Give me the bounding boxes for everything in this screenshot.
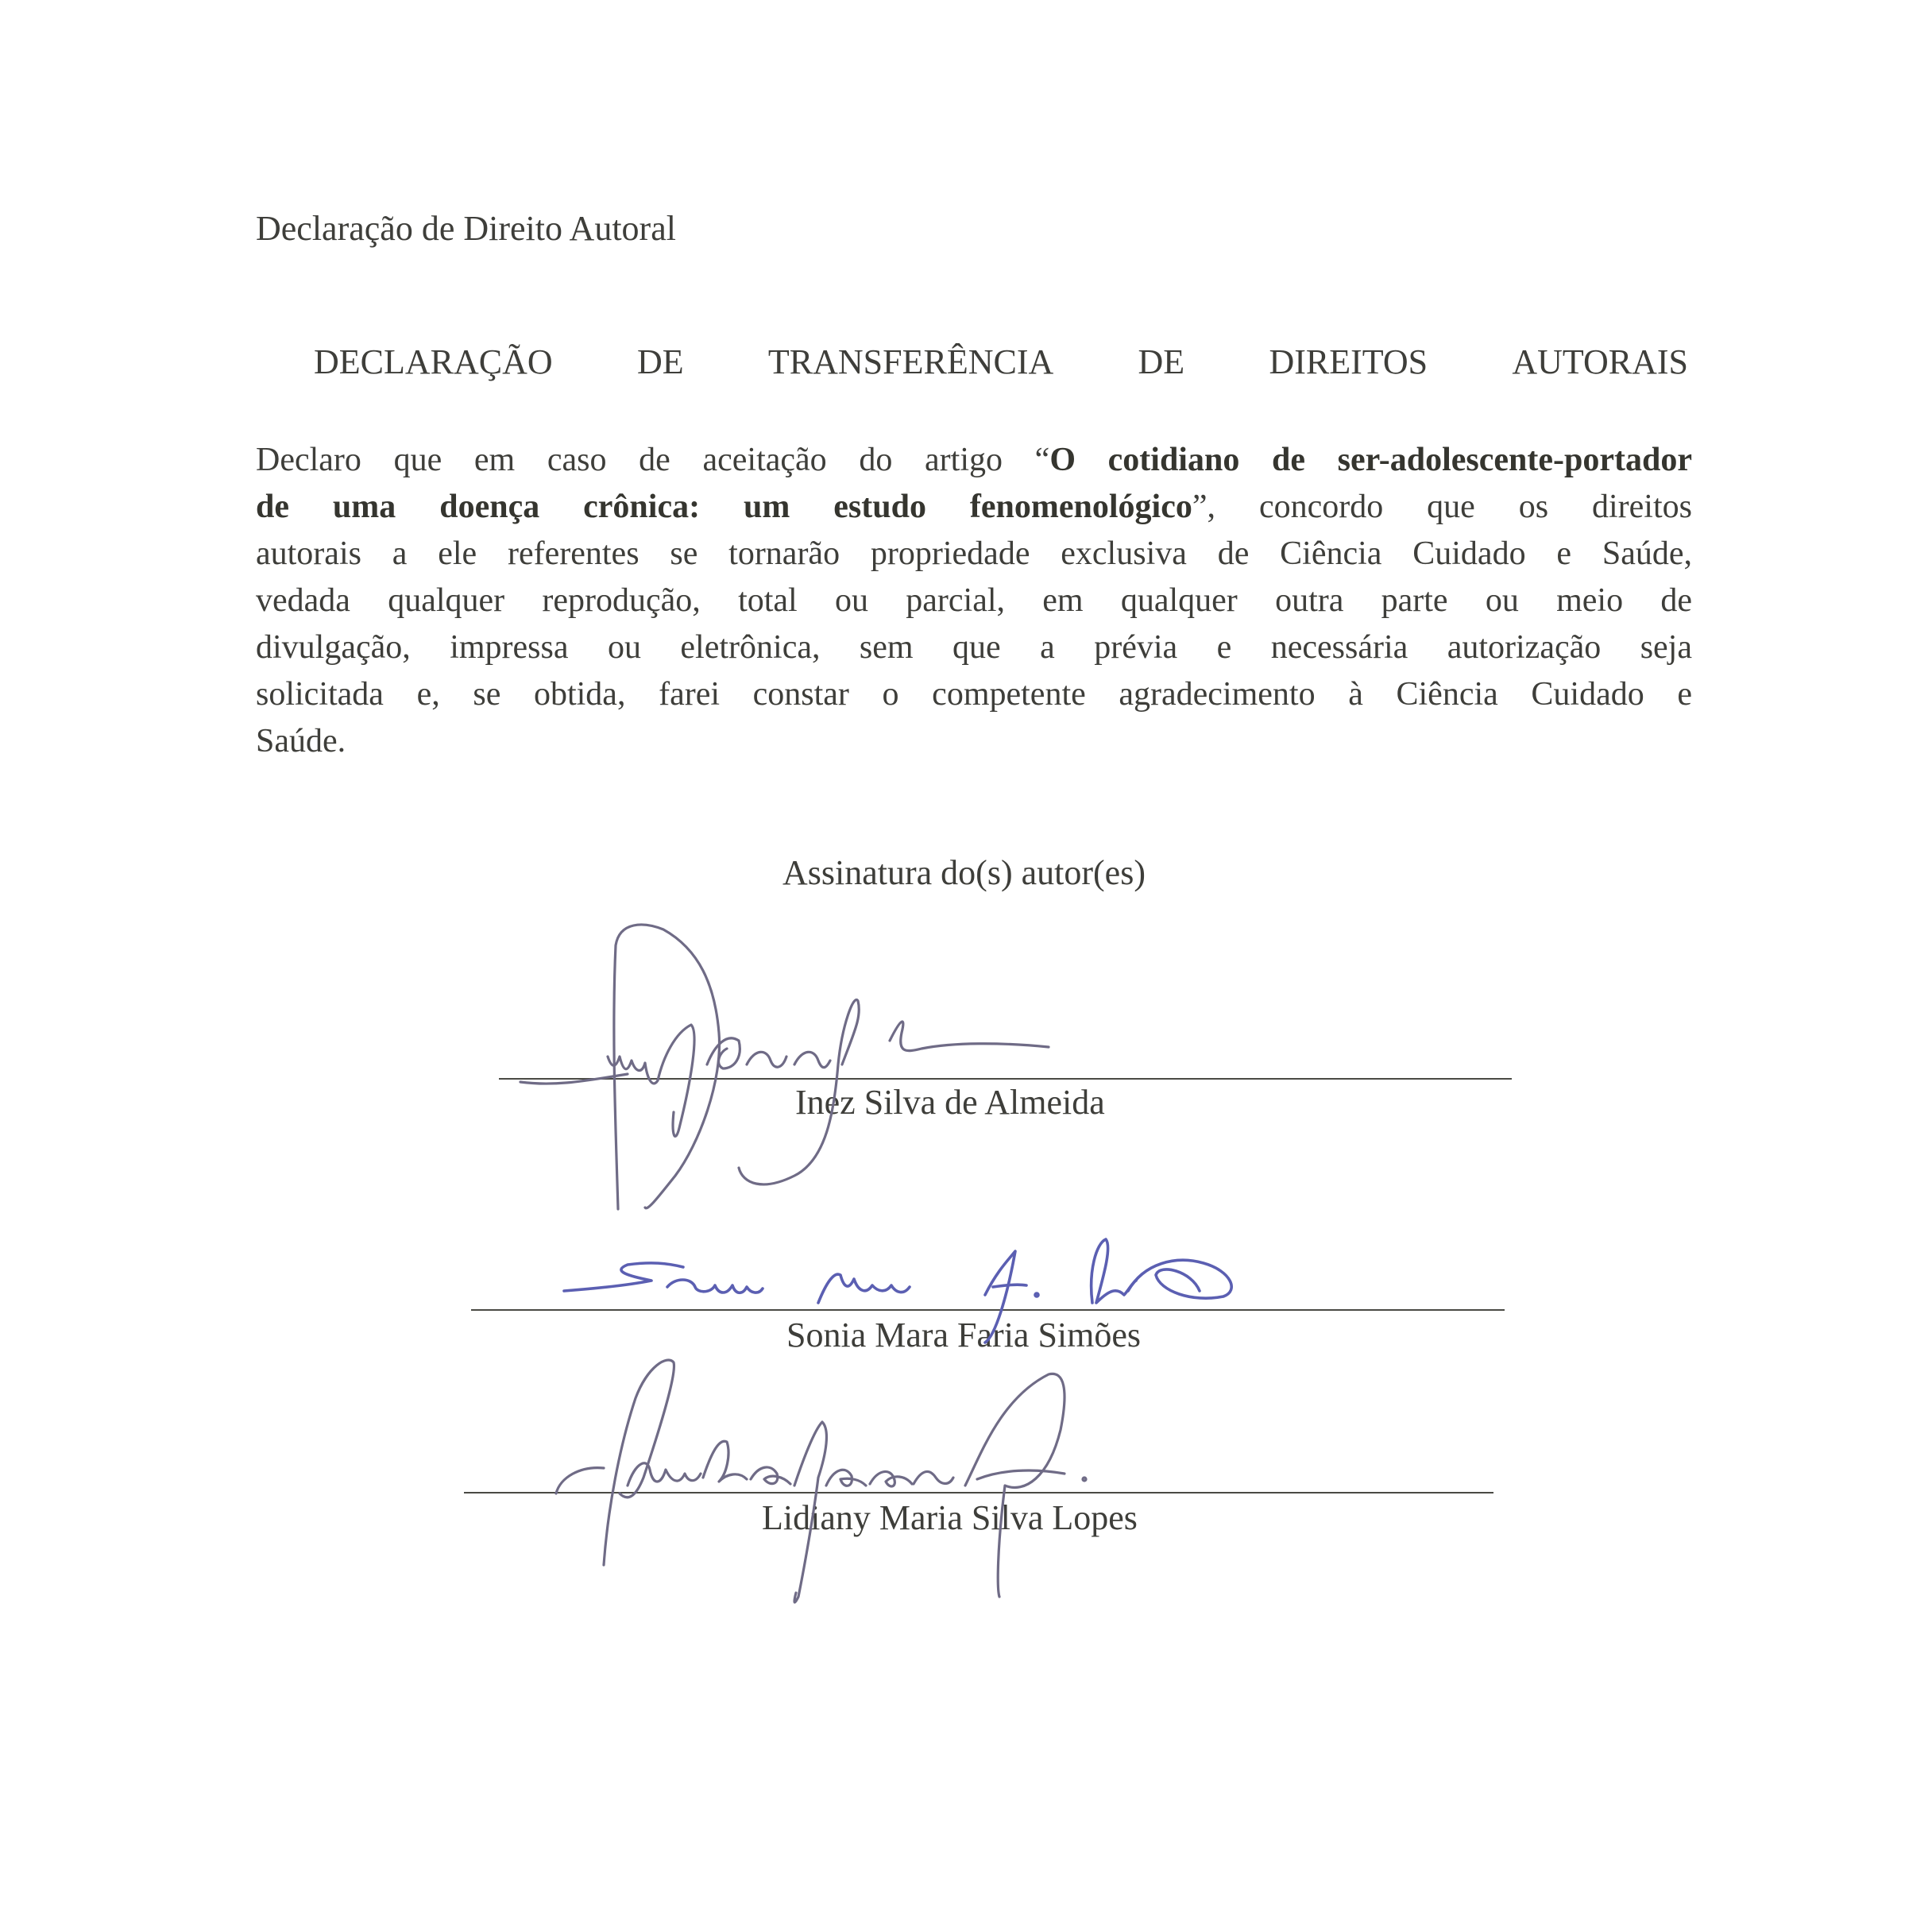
paragraph-line: autorais a ele referentes se tornarão pr… [256,531,1692,578]
signatory-name: Lidiany Maria Silva Lopes [762,1497,1138,1538]
article-title: O cotidiano de ser-adolescente-portador [1049,442,1692,478]
signature-line[interactable] [464,1492,1493,1493]
title-word: DE [637,342,684,382]
title-word: TRANSFERÊNCIA [768,342,1053,382]
title-word: AUTORAIS [1512,342,1688,382]
handwritten-signatures [0,0,1932,1932]
signature-inez [520,925,1049,1209]
title-word: DE [1138,342,1185,382]
paragraph-line: solicitada e, se obtida, farei constar o… [256,671,1692,718]
title-word: DIREITOS [1269,342,1428,382]
paragraph-line: vedada qualquer reprodução, total ou par… [256,578,1692,624]
document-heading: Declaração de Direito Autoral [256,208,676,249]
paragraph-line: Declaro que em caso de aceitação do arti… [256,437,1692,484]
title-word: DECLARAÇÃO [314,342,553,382]
signature-lidiany [556,1360,1086,1602]
article-title: de uma doença crônica: um estudo fenomen… [256,489,1192,525]
paragraph-line: Saúde. [256,718,1692,765]
declaration-paragraph: Declaro que em caso de aceitação do arti… [256,437,1692,765]
signature-line[interactable] [499,1078,1512,1080]
paragraph-line: de uma doença crônica: um estudo fenomen… [256,484,1692,531]
signature-caption: Assinatura do(s) autor(es) [782,852,1146,893]
signature-line[interactable] [471,1309,1505,1311]
signatory-name: Inez Silva de Almeida [795,1082,1105,1122]
signatory-name: Sonia Mara Faria Simões [786,1315,1141,1355]
declaration-title: DECLARAÇÃO DE TRANSFERÊNCIA DE DIREITOS … [314,342,1688,382]
paragraph-line: divulgação, impressa ou eletrônica, sem … [256,624,1692,671]
